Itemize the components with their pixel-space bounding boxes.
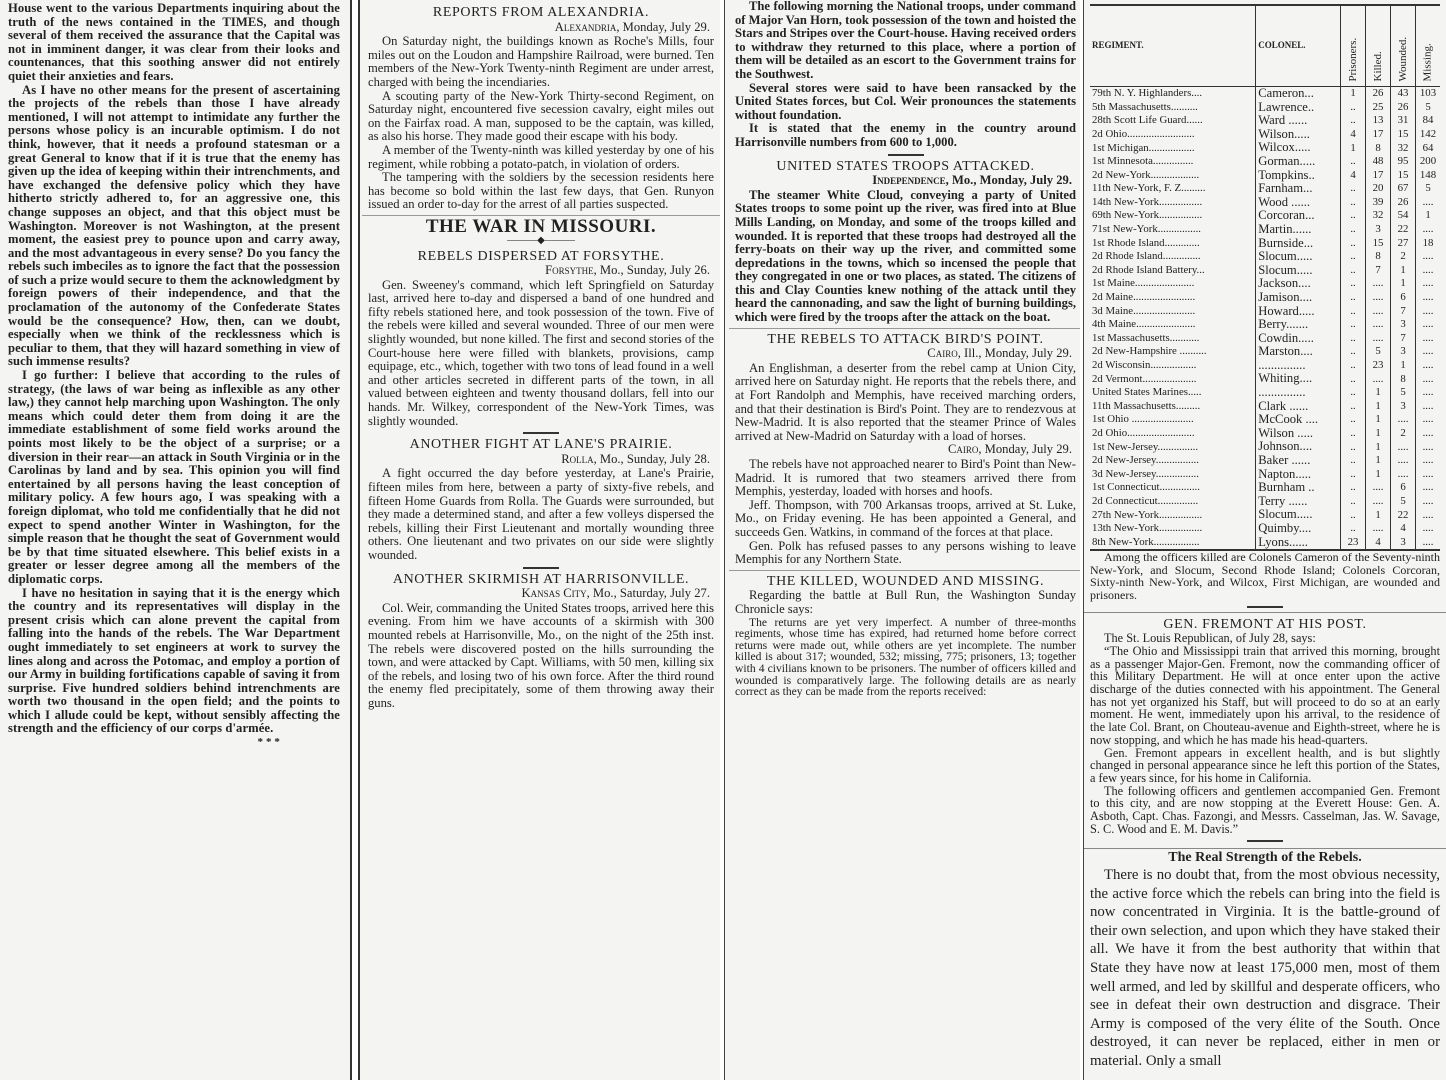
cell-colonel: ............... [1256,359,1341,373]
table-header-row: REGIMENT. COLONEL. Prisoners. Killed. Wo… [1090,5,1440,87]
cell-wounded: 43 [1391,87,1416,101]
article-paragraph: On Saturday night, the buildings known a… [368,35,714,89]
cell-prisoners: .. [1341,114,1366,128]
dateline: Alexandria, Monday, July 29. [368,21,710,35]
cell-wounded: .... [1391,440,1416,454]
cell-killed: .... [1366,495,1391,509]
cell-wounded: 95 [1391,155,1416,169]
cell-wounded: 1 [1391,277,1416,291]
article-paragraph: The following officers and gentlemen acc… [1090,785,1440,836]
cell-regiment: 71st New-York................ [1090,223,1256,237]
cell-regiment: 1st Michigan................. [1090,141,1256,155]
table-row: 2d Rhode Island..............Slocum.....… [1090,250,1440,264]
cell-missing: .... [1416,291,1440,305]
cell-regiment: 69th New-York................ [1090,209,1256,223]
cell-prisoners: .. [1341,250,1366,264]
cell-colonel: Slocum..... [1256,508,1341,522]
cell-prisoners: .. [1341,237,1366,251]
cell-colonel: McCook .... [1256,413,1341,427]
table-row: 3d New-Jersey................Napton.....… [1090,468,1440,482]
cell-wounded: 32 [1391,141,1416,155]
table-row: 14th New-York................Wood ......… [1090,196,1440,210]
cell-killed: 26 [1366,87,1391,101]
cell-prisoners: .. [1341,427,1366,441]
cell-missing: .... [1416,508,1440,522]
column-3: The following morning the National troop… [724,0,1080,1080]
cell-prisoners: .. [1341,318,1366,332]
cell-regiment: 8th New-York................. [1090,536,1256,551]
article-paragraph: Col. Weir, commanding the United States … [368,602,714,711]
dateline: Rolla, Mo., Sunday, July 28. [368,453,710,467]
cell-wounded: 27 [1391,237,1416,251]
cell-missing: .... [1416,400,1440,414]
cell-killed: 39 [1366,196,1391,210]
cell-colonel: Tompkins.. [1256,169,1341,183]
cell-colonel: Quimby.... [1256,522,1341,536]
cell-prisoners: .. [1341,182,1366,196]
table-row: 71st New-York................Martin.....… [1090,223,1440,237]
article-paragraph: The tampering with the soldiers by the s… [368,171,714,212]
cell-regiment: United States Marines..... [1090,386,1256,400]
cell-killed: 1 [1366,400,1391,414]
cell-wounded: 15 [1391,128,1416,142]
cell-killed: 4 [1366,536,1391,551]
article-lanes-prairie: ANOTHER FIGHT AT LANE'S PRAIRIE. Rolla, … [368,438,714,562]
cell-missing: 103 [1416,87,1440,101]
cell-regiment: 2d New-Jersey................ [1090,454,1256,468]
cell-colonel: Wood ...... [1256,196,1341,210]
cell-colonel: Whiting.... [1256,372,1341,386]
table-row: 1st Connecticut...............Burnham ..… [1090,481,1440,495]
cell-prisoners: .. [1341,522,1366,536]
cell-missing: .... [1416,427,1440,441]
headline: THE KILLED, WOUNDED AND MISSING. [735,575,1076,589]
divider [523,432,559,434]
table-row: 2d Ohio.........................Wilson..… [1090,128,1440,142]
casualty-table-body: 79th N. Y. Highlanders....Cameron...1264… [1090,87,1440,551]
table-row: 2d Ohio.........................Wilson .… [1090,427,1440,441]
table-row: 5th Massachusetts..........Lawrence....2… [1090,101,1440,115]
cell-regiment: 1st Ohio ....................... [1090,413,1256,427]
cell-regiment: 2d Connecticut............... [1090,495,1256,509]
cell-colonel: Wilson ..... [1256,427,1341,441]
cell-prisoners: .. [1341,264,1366,278]
article-paragraph: A member of the Twenty-ninth was killed … [368,144,714,171]
cell-colonel: Cowdin..... [1256,332,1341,346]
cell-killed: 48 [1366,155,1391,169]
cell-wounded: 54 [1391,209,1416,223]
cell-colonel: Napton..... [1256,468,1341,482]
article-real-strength: The Real Strength of the Rebels. There i… [1090,851,1440,1071]
divider [1247,606,1283,608]
cell-killed: .... [1366,481,1391,495]
cell-missing: .... [1416,468,1440,482]
section-banner: THE WAR IN MISSOURI. [368,220,714,234]
cell-missing: .... [1416,495,1440,509]
cell-wounded: 1 [1391,264,1416,278]
cell-killed: 1 [1366,413,1391,427]
cell-wounded: 6 [1391,291,1416,305]
table-row: 1st Rhode Island.............Burnside...… [1090,237,1440,251]
article-paragraph: A fight occurred the day before yesterda… [368,467,714,562]
cell-colonel: Marston.... [1256,345,1341,359]
header-killed: Killed. [1366,5,1391,87]
cell-prisoners: .. [1341,508,1366,522]
cell-missing: .... [1416,481,1440,495]
cell-killed: 25 [1366,101,1391,115]
cell-prisoners: .. [1341,454,1366,468]
cell-regiment: 3d New-Jersey................ [1090,468,1256,482]
cell-colonel: Johnson.... [1256,440,1341,454]
cell-regiment: 2d New-York.................. [1090,169,1256,183]
cell-regiment: 5th Massachusetts.......... [1090,101,1256,115]
cell-killed: .... [1366,305,1391,319]
cell-missing: .... [1416,440,1440,454]
table-row: 1st Minnesota...............Gorman......… [1090,155,1440,169]
cell-wounded: 3 [1391,400,1416,414]
article-harrisonville: ANOTHER SKIRMISH AT HARRISONVILLE. Kansa… [368,573,714,711]
table-row: 79th N. Y. Highlanders....Cameron...1264… [1090,87,1440,101]
cell-regiment: 2d Rhode Island.............. [1090,250,1256,264]
table-row: 4th Maine......................Berry....… [1090,318,1440,332]
cell-prisoners: .. [1341,468,1366,482]
cell-colonel: Lyons...... [1256,536,1341,551]
cell-killed: 8 [1366,250,1391,264]
article-paragraph: Several stores were said to have been ra… [735,82,1076,123]
cell-prisoners: .. [1341,332,1366,346]
cell-prisoners: .. [1341,209,1366,223]
cell-prisoners: .. [1341,196,1366,210]
cell-prisoners: .. [1341,223,1366,237]
cell-prisoners: .. [1341,413,1366,427]
article-paragraph: An Englishman, a deserter from the rebel… [735,362,1076,444]
cell-prisoners: .. [1341,277,1366,291]
cell-missing: .... [1416,359,1440,373]
cell-wounded: 3 [1391,318,1416,332]
cell-wounded: 26 [1391,196,1416,210]
article-fremont: GEN. FREMONT AT HIS POST. The St. Louis … [1084,612,1446,849]
cell-colonel: ............... [1256,386,1341,400]
article-paragraph: The returns are yet very imperfect. A nu… [735,617,1076,698]
cell-missing: 200 [1416,155,1440,169]
cell-regiment: 3d Maine....................... [1090,305,1256,319]
cell-regiment: 1st Rhode Island............. [1090,237,1256,251]
cell-colonel: Jamison.... [1256,291,1341,305]
article-missouri: THE WAR IN MISSOURI. ———◆——— REBELS DISP… [368,220,714,428]
cell-missing: .... [1416,454,1440,468]
cell-regiment: 4th Maine...................... [1090,318,1256,332]
dateline: Cairo, Monday, July 29. [735,443,1072,457]
cell-prisoners: 1 [1341,87,1366,101]
cell-killed: .... [1366,332,1391,346]
cell-missing: .... [1416,332,1440,346]
cell-regiment: 27th New-York................ [1090,508,1256,522]
cell-prisoners: .. [1341,345,1366,359]
article-alexandria: REPORTS FROM ALEXANDRIA. Alexandria, Mon… [368,6,714,212]
article-paragraph: I have no hesitation in saying that it i… [8,587,340,737]
headline: ANOTHER SKIRMISH AT HARRISONVILLE. [368,573,714,587]
cell-killed: .... [1366,277,1391,291]
cell-wounded: .... [1391,413,1416,427]
cell-prisoners: .. [1341,155,1366,169]
cell-killed: .... [1366,318,1391,332]
divider [729,570,1080,571]
cell-regiment: 2d Ohio......................... [1090,427,1256,441]
cell-killed: 3 [1366,223,1391,237]
cell-regiment: 11th New-York, F. Z......... [1090,182,1256,196]
cell-killed: 1 [1366,427,1391,441]
article-paragraph: Jeff. Thompson, with 700 Arkansas troops… [735,499,1076,540]
cell-regiment: 14th New-York................ [1090,196,1256,210]
divider [888,154,924,156]
article-paragraph: Gen. Fremont appears in excellent health… [1090,747,1440,785]
cell-killed: 23 [1366,359,1391,373]
cell-missing: .... [1416,413,1440,427]
cell-missing: 1 [1416,209,1440,223]
cell-missing: .... [1416,522,1440,536]
cell-wounded: 22 [1391,223,1416,237]
header-prisoners: Prisoners. [1341,5,1366,87]
table-row: 27th New-York................Slocum.....… [1090,508,1440,522]
article-troops-attacked: UNITED STATES TROOPS ATTACKED. Independe… [735,160,1076,325]
table-row: 2d New-Hampshire ..........Marston......… [1090,345,1440,359]
cell-missing: .... [1416,345,1440,359]
cell-wounded: 31 [1391,114,1416,128]
cell-wounded: 1 [1391,359,1416,373]
table-row: 1st New-Jersey...............Johnson....… [1090,440,1440,454]
casualty-table: REGIMENT. COLONEL. Prisoners. Killed. Wo… [1090,4,1440,551]
table-row: 8th New-York.................Lyons......… [1090,536,1440,551]
table-row: 2d Connecticut...............Terry .....… [1090,495,1440,509]
cell-killed: 15 [1366,237,1391,251]
cell-prisoners: .. [1341,359,1366,373]
cell-prisoners: .. [1341,101,1366,115]
dateline: Forsythe, Mo., Sunday, July 26. [368,264,710,278]
dateline: Independence, Mo., Monday, July 29. [735,174,1072,188]
article-killed-wounded-missing: THE KILLED, WOUNDED AND MISSING. Regardi… [735,575,1076,698]
article-paragraph: The rebels have not approached nearer to… [735,458,1076,499]
cell-missing: .... [1416,196,1440,210]
cell-wounded: 26 [1391,101,1416,115]
cell-regiment: 2d Rhode Island Battery... [1090,264,1256,278]
cell-colonel: Corcoran... [1256,209,1341,223]
cell-wounded: 7 [1391,332,1416,346]
cell-missing: 64 [1416,141,1440,155]
cell-regiment: 1st Connecticut............... [1090,481,1256,495]
cell-prisoners: .. [1341,400,1366,414]
cell-wounded: 3 [1391,345,1416,359]
table-row: 3d Maine.......................Howard...… [1090,305,1440,319]
cell-regiment: 11th Massachusetts......... [1090,400,1256,414]
cell-prisoners: .. [1341,481,1366,495]
header-missing: Missing. [1416,5,1440,87]
cell-colonel: Burnside... [1256,237,1341,251]
cell-killed: 7 [1366,264,1391,278]
divider [1247,840,1283,842]
cell-colonel: Ward ...... [1256,114,1341,128]
cell-wounded: 22 [1391,508,1416,522]
dateline: Cairo, Ill., Monday, July 29. [735,347,1072,361]
table-row: 2d New-York..................Tompkins..4… [1090,169,1440,183]
divider [729,328,1080,329]
cell-missing: .... [1416,372,1440,386]
article-paragraph: “The Ohio and Mississippi train that arr… [1090,645,1440,747]
cell-killed: .... [1366,291,1391,305]
cell-colonel: Jackson.... [1256,277,1341,291]
article-paragraph: There is no doubt that, from the most ob… [1090,866,1440,1071]
cell-killed: 1 [1366,440,1391,454]
table-row: 1st Maine......................Jackson..… [1090,277,1440,291]
cell-regiment: 13th New-York................ [1090,522,1256,536]
headline: The Real Strength of the Rebels. [1090,851,1440,865]
headline: GEN. FREMONT AT HIS POST. [1090,619,1440,632]
cell-wounded: .... [1391,468,1416,482]
cell-missing: .... [1416,277,1440,291]
cell-killed: 1 [1366,454,1391,468]
headline: REPORTS FROM ALEXANDRIA. [368,6,714,20]
cell-colonel: Berry....... [1256,318,1341,332]
cell-colonel: Slocum..... [1256,250,1341,264]
article-paragraph: A scouting party of the New-York Thirty-… [368,90,714,144]
signoff-asterism: * * * [8,736,340,750]
cell-prisoners: .. [1341,386,1366,400]
cell-colonel: Wilcox..... [1256,141,1341,155]
cell-colonel: Wilson..... [1256,128,1341,142]
article-paragraph: House went to the various Departments in… [8,2,340,84]
cell-regiment: 28th Scott Life Guard...... [1090,114,1256,128]
header-wounded: Wounded. [1391,5,1416,87]
cell-wounded: 6 [1391,481,1416,495]
table-row: 2d New-Jersey................Baker .....… [1090,454,1440,468]
cell-killed: 1 [1366,508,1391,522]
table-row: 13th New-York................Quimby.....… [1090,522,1440,536]
cell-wounded: 2 [1391,427,1416,441]
cell-wounded: 5 [1391,495,1416,509]
article-paragraph: It is stated that the enemy in the count… [735,122,1076,149]
cell-missing: .... [1416,264,1440,278]
cell-regiment: 2d Wisconsin................. [1090,359,1256,373]
cell-wounded: .... [1391,454,1416,468]
table-row: 2d Wisconsin............................… [1090,359,1440,373]
headline: UNITED STATES TROOPS ATTACKED. [735,160,1076,174]
header-regiment: REGIMENT. [1090,5,1256,87]
cell-missing: .... [1416,386,1440,400]
cell-prisoners: 4 [1341,169,1366,183]
cell-killed: 17 [1366,169,1391,183]
table-row: 69th New-York................Corcoran...… [1090,209,1440,223]
cell-missing: .... [1416,318,1440,332]
cell-colonel: Farnham... [1256,182,1341,196]
table-row: 2d Maine.......................Jamison..… [1090,291,1440,305]
cell-colonel: Lawrence.. [1256,101,1341,115]
cell-prisoners: .. [1341,305,1366,319]
table-row: 11th New-York, F. Z.........Farnham.....… [1090,182,1440,196]
cell-regiment: 2d Vermont.................... [1090,372,1256,386]
cell-missing: .... [1416,536,1440,551]
cell-wounded: 3 [1391,536,1416,551]
table-row: 2d Rhode Island Battery...Slocum.......7… [1090,264,1440,278]
cell-prisoners: 4 [1341,128,1366,142]
cell-killed: .... [1366,522,1391,536]
cell-regiment: 1st New-Jersey............... [1090,440,1256,454]
article-birds-point: THE REBELS TO ATTACK BIRD'S POINT. Cairo… [735,333,1076,567]
column-2: REPORTS FROM ALEXANDRIA. Alexandria, Mon… [358,0,720,1080]
header-colonel: COLONEL. [1256,5,1341,87]
cell-regiment: 1st Maine...................... [1090,277,1256,291]
article-paragraph: Gen. Sweeney's command, which left Sprin… [368,279,714,429]
table-row: 1st Massachusetts...........Cowdin......… [1090,332,1440,346]
cell-wounded: 7 [1391,305,1416,319]
table-row: 1st Michigan.................Wilcox.....… [1090,141,1440,155]
cell-colonel: Howard..... [1256,305,1341,319]
ornament-rule: ———◆——— [368,236,714,246]
cell-killed: 1 [1366,386,1391,400]
cell-killed: 1 [1366,468,1391,482]
table-row: United States Marines...................… [1090,386,1440,400]
cell-prisoners: .. [1341,440,1366,454]
cell-prisoners: .. [1341,495,1366,509]
cell-missing: 5 [1416,182,1440,196]
cell-wounded: 2 [1391,250,1416,264]
officers-note: Among the officers killed are Colonels C… [1090,551,1440,601]
column-4: REGIMENT. COLONEL. Prisoners. Killed. Wo… [1083,0,1446,1080]
cell-wounded: 5 [1391,386,1416,400]
cell-regiment: 1st Massachusetts........... [1090,332,1256,346]
cell-missing: .... [1416,223,1440,237]
cell-killed: 32 [1366,209,1391,223]
cell-wounded: 4 [1391,522,1416,536]
cell-missing: 5 [1416,101,1440,115]
cell-colonel: Cameron... [1256,87,1341,101]
cell-killed: .... [1366,372,1391,386]
headline: THE REBELS TO ATTACK BIRD'S POINT. [735,333,1076,347]
article-paragraph: The following morning the National troop… [735,0,1076,82]
cell-missing: 18 [1416,237,1440,251]
cell-colonel: Clark ...... [1256,400,1341,414]
cell-regiment: 2d Maine....................... [1090,291,1256,305]
cell-colonel: Gorman..... [1256,155,1341,169]
cell-missing: 84 [1416,114,1440,128]
table-row: 11th Massachusetts.........Clark .......… [1090,400,1440,414]
table-row: 28th Scott Life Guard......Ward ........… [1090,114,1440,128]
table-row: 1st Ohio .......................McCook .… [1090,413,1440,427]
column-1-washington-letter: House went to the various Departments in… [0,0,352,1080]
cell-prisoners: 23 [1341,536,1366,551]
article-harrisonville-continued: The following morning the National troop… [735,0,1076,150]
cell-wounded: 67 [1391,182,1416,196]
article-intro: Regarding the battle at Bull Run, the Wa… [735,589,1076,616]
divider [523,567,559,569]
cell-colonel: Baker ...... [1256,454,1341,468]
cell-missing: 142 [1416,128,1440,142]
headline: ANOTHER FIGHT AT LANE'S PRAIRIE. [368,438,714,452]
cell-wounded: 8 [1391,372,1416,386]
cell-killed: 5 [1366,345,1391,359]
cell-regiment: 79th N. Y. Highlanders.... [1090,87,1256,101]
cell-colonel: Burnham .. [1256,481,1341,495]
cell-wounded: 15 [1391,169,1416,183]
article-paragraph: I go further: I believe that according t… [8,369,340,587]
cell-prisoners: .. [1341,291,1366,305]
cell-regiment: 2d Ohio......................... [1090,128,1256,142]
cell-killed: 13 [1366,114,1391,128]
cell-colonel: Slocum..... [1256,264,1341,278]
headline: REBELS DISPERSED AT FORSYTHE. [368,250,714,264]
cell-killed: 20 [1366,182,1391,196]
dateline: Kansas City, Mo., Saturday, July 27. [368,587,710,601]
cell-missing: .... [1416,305,1440,319]
cell-regiment: 2d New-Hampshire .......... [1090,345,1256,359]
